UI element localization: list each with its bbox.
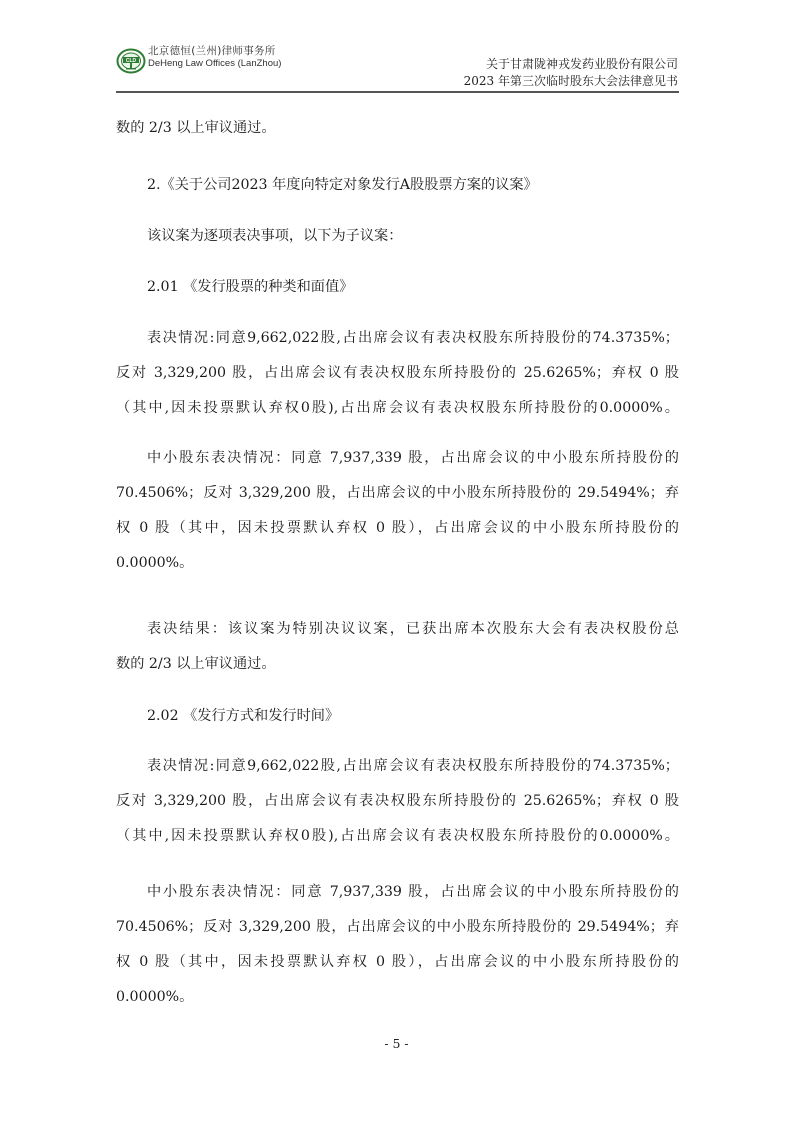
- document-title-line1: 关于甘肃陇神戎发药业股份有限公司: [464, 56, 678, 73]
- deheng-law-logo-icon: CLD: [116, 48, 146, 74]
- text-line: 数的 2/3 以上审议通过。: [116, 111, 679, 146]
- text-line: 70.4506%；反对 3,329,200 股，占出席会议的中小股东所持股份的 …: [116, 476, 679, 511]
- text-line: 2.02 《发行方式和发行时间》: [116, 699, 679, 734]
- page-number: - 5 -: [0, 1036, 793, 1051]
- document-title-line2: 2023 年第三次临时股东大会法律意见书: [464, 73, 678, 90]
- firm-name-cn: 北京德恒(兰州)律师事务所: [148, 46, 281, 57]
- text-line: 权 0 股（其中，因未投票默认弃权 0 股），占出席会议的中小股东所持股份的: [116, 511, 679, 546]
- text-line: 中小股东表决情况：同意 7,937,339 股，占出席会议的中小股东所持股份的: [116, 441, 679, 476]
- document-title: 关于甘肃陇神戎发药业股份有限公司 2023 年第三次临时股东大会法律意见书: [464, 56, 678, 90]
- text-line: 中小股东表决情况：同意 7,937,339 股，占出席会议的中小股东所持股份的: [116, 875, 679, 910]
- text-line: 2.《关于公司2023 年度向特定对象发行A股股票方案的议案》: [116, 168, 679, 203]
- text-line: 数的 2/3 以上审议通过。: [116, 647, 679, 682]
- text-line: 权 0 股（其中，因未投票默认弃权 0 股），占出席会议的中小股东所持股份的: [116, 945, 679, 980]
- text-line: 表决情况:同意9,662,022股,占出席会议有表决权股东所持股份的74.373…: [116, 321, 679, 356]
- page-header: CLD 北京德恒(兰州)律师事务所 DeHeng Law Offices (La…: [116, 46, 678, 92]
- text-line: 反对 3,329,200 股，占出席会议有表决权股东所持股份的 25.6265%…: [116, 784, 679, 819]
- firm-name: 北京德恒(兰州)律师事务所 DeHeng Law Offices (LanZho…: [148, 46, 281, 68]
- text-line: （其中,因未投票默认弃权0股),占出席会议有表决权股东所持股份的0.0000%。: [116, 391, 679, 426]
- text-line: 0.0000%。: [116, 546, 679, 581]
- firm-name-en: DeHeng Law Offices (LanZhou): [148, 59, 281, 69]
- text-line: 表决结果：该议案为特别决议议案，已获出席本次股东大会有表决权股份总: [116, 612, 679, 647]
- text-line: 该议案为逐项表决事项，以下为子议案：: [116, 219, 679, 254]
- text-line: （其中,因未投票默认弃权0股),占出席会议有表决权股东所持股份的0.0000%。: [116, 819, 679, 854]
- text-line: 表决情况:同意9,662,022股,占出席会议有表决权股东所持股份的74.373…: [116, 749, 679, 784]
- text-line: 反对 3,329,200 股，占出席会议有表决权股东所持股份的 25.6265%…: [116, 356, 679, 391]
- text-line: 0.0000%。: [116, 980, 679, 1015]
- text-line: 2.01 《发行股票的种类和面值》: [116, 270, 679, 305]
- text-line: 70.4506%；反对 3,329,200 股，占出席会议的中小股东所持股份的 …: [116, 910, 679, 945]
- header-divider: [116, 91, 679, 93]
